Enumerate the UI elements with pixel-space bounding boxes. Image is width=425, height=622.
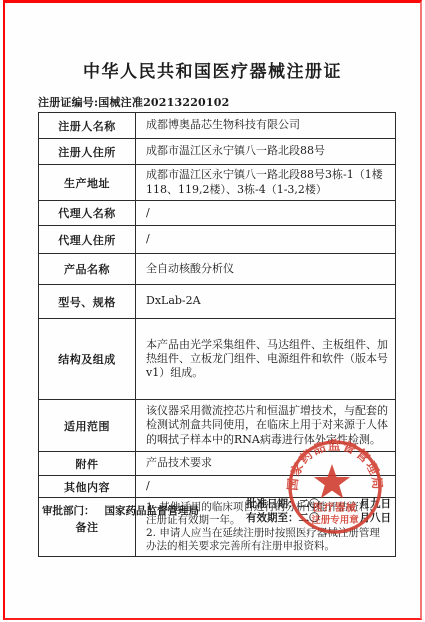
row-label: 适用范围 (39, 400, 136, 452)
row-label: 其他内容 (39, 476, 136, 498)
approval-date-line: 批准日期：二〇月九日 (246, 497, 391, 511)
row-label: 附件 (39, 452, 136, 476)
approval-department-line: 审批部门：国家药品监督管理局 (42, 503, 199, 518)
table-row: 适用范围 该仪器采用微流控芯片和恒温扩增技术，与配套的检测试剂盒共同使用，在临床… (39, 400, 396, 452)
row-value: 产品技术要求 (136, 452, 396, 476)
page-title: 中华人民共和国医疗器械注册证 (0, 57, 425, 82)
row-label: 产品名称 (39, 254, 136, 285)
valid-until-label: 有效期至：二〇 (246, 512, 320, 524)
registration-number-label: 注册证编号: (38, 96, 98, 109)
row-label: 代理人名称 (39, 201, 136, 226)
valid-until-suffix: 月八日 (360, 512, 392, 524)
row-value: 该仪器采用微流控芯片和恒温扩增技术，与配套的检测试剂盒共同使用，在临床上用于对来… (136, 400, 396, 452)
row-value: DxLab-2A (136, 285, 396, 319)
row-value: 本产品由光学采集组件、马达组件、主板组件、加热组件、立板龙门组件、电源组件和软件… (136, 319, 396, 400)
row-value: 成都市温江区永宁镇八一路北段88号 (136, 139, 396, 165)
row-value: / (136, 226, 396, 254)
row-value: 成都博奥晶芯生物科技有限公司 (136, 113, 396, 139)
row-value: / (136, 476, 396, 498)
table-row: 生产地址 成都市温江区永宁镇八一路北段88号3栋-1（1楼118、119,2楼）… (39, 165, 396, 201)
row-label: 结构及组成 (39, 319, 136, 400)
table-row: 型号、规格 DxLab-2A (39, 285, 396, 319)
date-block: 批准日期：二〇月九日 有效期至：二〇月八日 (246, 497, 391, 525)
approval-date-label: 批准日期：二〇 (246, 498, 320, 510)
registration-number-value: 国械注准20213220102 (98, 96, 229, 109)
registration-number-line: 注册证编号:国械注准20213220102 (38, 94, 229, 110)
table-row: 代理人住所 / (39, 226, 396, 254)
valid-until-line: 有效期至：二〇月八日 (246, 511, 391, 525)
certificate-table: 注册人名称 成都博奥晶芯生物科技有限公司 注册人住所 成都市温江区永宁镇八一路北… (38, 112, 396, 557)
row-label: 型号、规格 (39, 285, 136, 319)
row-value: 全自动核酸分析仪 (136, 254, 396, 285)
table-row: 注册人名称 成都博奥晶芯生物科技有限公司 (39, 113, 396, 139)
table-row: 产品名称 全自动核酸分析仪 (39, 254, 396, 285)
row-label: 代理人住所 (39, 226, 136, 254)
approval-department-label: 审批部门： (42, 505, 95, 517)
row-label: 注册人住所 (39, 139, 136, 165)
approval-date-suffix: 月九日 (360, 498, 392, 510)
row-label: 生产地址 (39, 165, 136, 201)
row-value: / (136, 201, 396, 226)
table-row: 附件 产品技术要求 (39, 452, 396, 476)
table-row: 其他内容 / (39, 476, 396, 498)
row-label: 注册人名称 (39, 113, 136, 139)
table-row: 注册人住所 成都市温江区永宁镇八一路北段88号 (39, 139, 396, 165)
row-value: 成都市温江区永宁镇八一路北段88号3栋-1（1楼118、119,2楼）、3栋-4… (136, 165, 396, 201)
table-row: 结构及组成 本产品由光学采集组件、马达组件、主板组件、加热组件、立板龙门组件、电… (39, 319, 396, 400)
table-row: 代理人名称 / (39, 201, 396, 226)
approval-department-value: 国家药品监督管理局 (105, 505, 200, 517)
